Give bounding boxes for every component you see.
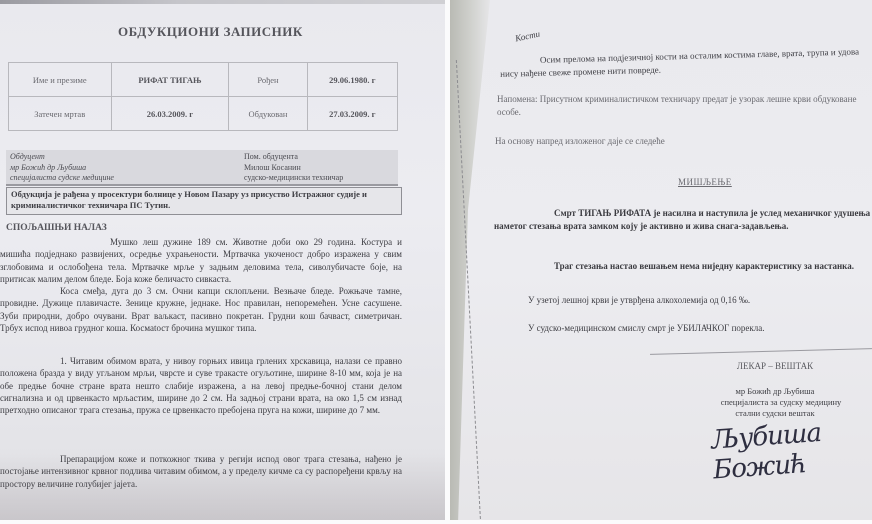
assistant-name: Милош Косанин bbox=[244, 163, 343, 174]
born-value: 29.06.1980. г bbox=[307, 63, 397, 97]
pathologist-name: мр Божић др Љубиша bbox=[10, 163, 114, 174]
section-heading: СПОЉАШЊИ НАЛАЗ bbox=[6, 223, 107, 233]
pathologist-role: Обдуцент bbox=[10, 152, 114, 163]
found-dead-label: Затечен мртав bbox=[9, 97, 112, 131]
paragraph: 1. Читавим обимом врата, у нивоу горњих … bbox=[0, 355, 402, 416]
note-text: Напомена: Присутном криминалистичком тех… bbox=[497, 93, 872, 118]
neck-findings: 1. Читавим обимом врата, у нивоу горњих … bbox=[0, 355, 402, 416]
pathologist-info: Обдуцент мр Божић др Љубиша специјалиста… bbox=[10, 152, 114, 184]
expert-name: мр Божић др Љубиша bbox=[690, 386, 860, 397]
handwritten-signature: Љубиша Божић bbox=[710, 414, 872, 485]
name-label: Име и презиме bbox=[9, 63, 112, 97]
table-row: Затечен мртав 26.03.2009. г Обдукован 27… bbox=[9, 97, 398, 131]
found-dead-value: 26.03.2009. г bbox=[111, 97, 229, 131]
opinion-paragraph: Смрт ТИГАЊ РИФАТА је насилна и наступила… bbox=[494, 207, 872, 233]
opinion-title: МИШЉЕЊЕ bbox=[678, 177, 732, 187]
external-findings: Мушко леш дужине 189 см. Животне доби ок… bbox=[0, 236, 402, 334]
autopsied-label: Обдукован bbox=[229, 97, 307, 131]
venue-statement: Обдукција је рађена у просектури болнице… bbox=[6, 187, 402, 215]
name-value: РИФАТ ТИГАЊ bbox=[111, 63, 229, 97]
table-row: Име и презиме РИФАТ ТИГАЊ Рођен 29.06.19… bbox=[9, 63, 398, 97]
left-page-photo: ОБДУКЦИОНИ ЗАПИСНИК Име и презиме РИФАТ … bbox=[0, 0, 445, 524]
identity-table: Име и презиме РИФАТ ТИГАЊ Рођен 29.06.19… bbox=[8, 62, 398, 131]
document-title: ОБДУКЦИОНИ ЗАПИСНИК bbox=[118, 24, 303, 40]
expert-specialty: специјалиста за судску медицину bbox=[690, 397, 872, 408]
expert-title: ЛЕКАР – ВЕШТАК bbox=[700, 360, 850, 373]
born-label: Рођен bbox=[229, 63, 307, 97]
assistant-role: Пом. обдуцента bbox=[244, 152, 343, 163]
opinion-paragraph: У узетој лешној крви је утврђена алкохол… bbox=[528, 294, 750, 307]
paragraph: Препарацијом коже и поткожног ткива у ре… bbox=[0, 453, 402, 490]
dissection-findings: Препарацијом коже и поткожног ткива у ре… bbox=[0, 453, 402, 490]
assistant-title: судско-медицински техничар bbox=[244, 173, 343, 184]
assistant-info: Пом. обдуцента Милош Косанин судско-меди… bbox=[244, 152, 343, 184]
pathologist-specialty: специјалиста судске медицине bbox=[10, 173, 114, 184]
opinion-paragraph: У судско-медицинском смислу смрт је УБИЛ… bbox=[528, 322, 765, 335]
autopsied-value: 27.03.2009. г bbox=[307, 97, 397, 131]
basis-text: На основу напред изложеног даје се следе… bbox=[495, 135, 665, 148]
paragraph: Мушко леш дужине 189 см. Животне доби ок… bbox=[0, 236, 402, 285]
opinion-paragraph: Траг стезања настао вешањем нема ниједну… bbox=[494, 260, 872, 273]
staff-block: Обдуцент мр Божић др Љубиша специјалиста… bbox=[6, 150, 398, 186]
paragraph: Коса смеђа, дуга до 3 см. Очни капци скл… bbox=[0, 285, 402, 334]
bottom-border bbox=[0, 520, 872, 524]
